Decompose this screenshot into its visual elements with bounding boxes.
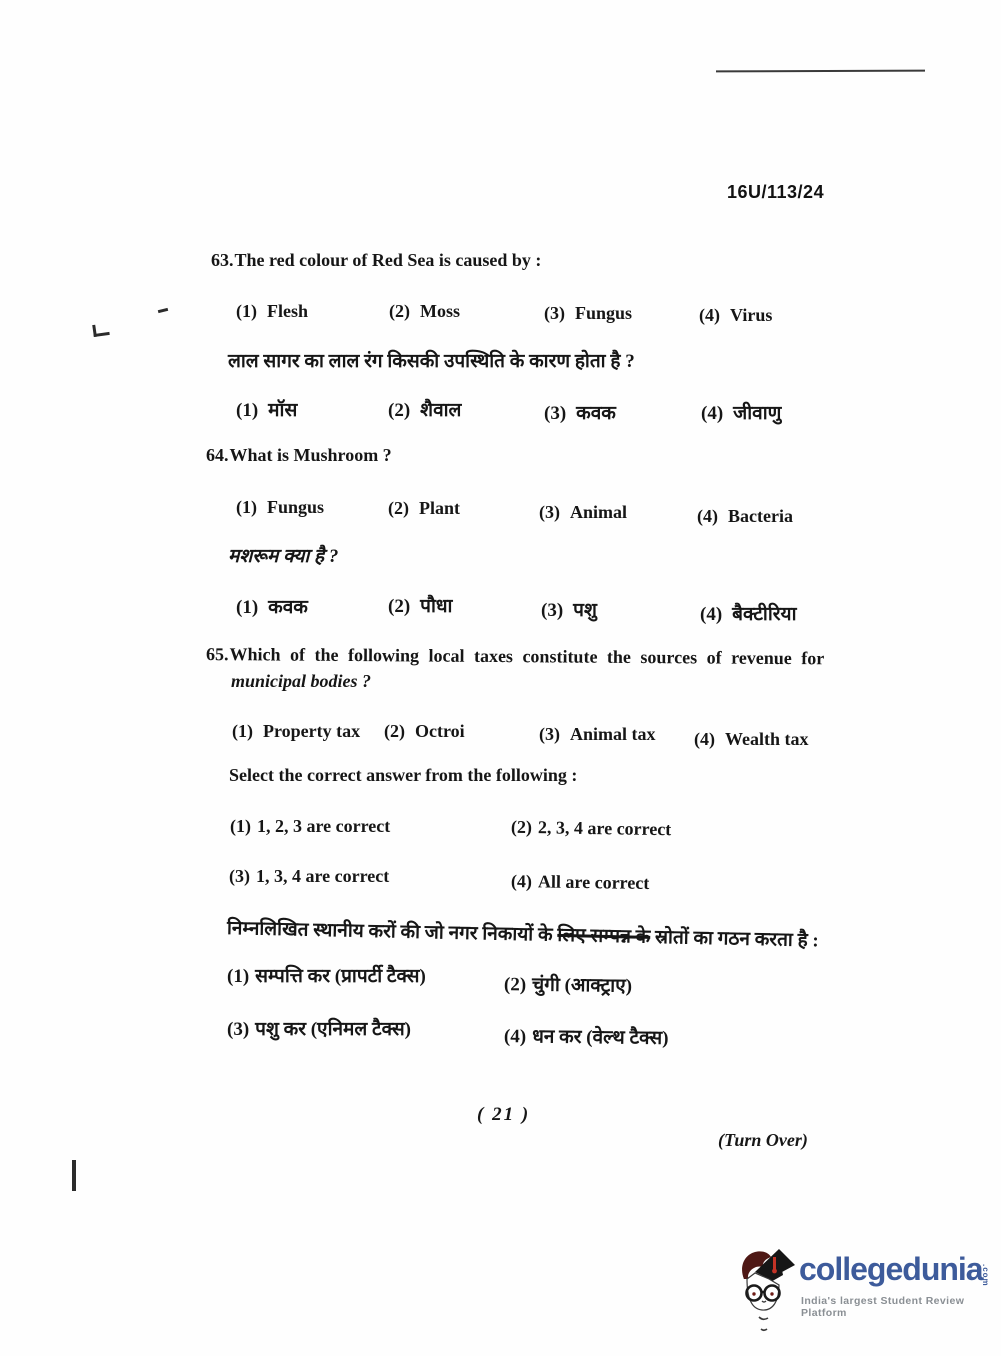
option-label: सम्पत्ति कर (प्रापर्टी टैक्स)	[255, 962, 426, 988]
question-number: 65.	[206, 644, 229, 664]
option-number: (3)	[544, 303, 565, 324]
option-label: Animal tax	[570, 724, 656, 745]
q65-option-2-en: (2)Octroi	[384, 721, 465, 742]
option-label: Virus	[730, 305, 772, 326]
q64-option-3-en: (3)Animal	[539, 502, 627, 523]
q64-option-2-hi: (2)पौधा	[388, 592, 452, 618]
option-number: (1)	[236, 597, 258, 619]
option-number: (2)	[389, 301, 410, 322]
q65-answer-1: (1)1, 2, 3 are correct	[230, 816, 390, 837]
option-label: Animal	[570, 502, 627, 523]
option-number: (3)	[539, 502, 560, 523]
mascot-icon	[735, 1245, 797, 1337]
question-65: 65.Which of the following local taxes co…	[206, 644, 824, 669]
option-number: (2)	[511, 817, 532, 838]
scan-mark	[158, 308, 168, 313]
q65-option-4-hi: (4)धन कर (वेल्थ टैक्स)	[504, 1022, 669, 1050]
brand-name: collegedunia	[799, 1251, 983, 1288]
q65-option-2-hi: (2)चुंगी (आक्ट्राए)	[504, 970, 632, 998]
option-label: कवक	[576, 399, 616, 425]
option-label: Property tax	[263, 721, 360, 742]
q65-answer-2: (2)2, 3, 4 are correct	[511, 817, 672, 841]
option-number: (4)	[511, 871, 532, 892]
option-label: 1, 2, 3 are correct	[257, 816, 390, 837]
option-label: पशु	[573, 596, 597, 622]
option-number: (4)	[697, 506, 718, 527]
question-63: 63.The red colour of Red Sea is caused b…	[211, 250, 541, 271]
option-label: 1, 3, 4 are correct	[256, 866, 389, 887]
top-rule	[716, 70, 925, 73]
option-number: (2)	[384, 721, 405, 742]
q63-option-2-hi: (2)शैवाल	[388, 396, 461, 422]
q63-option-3-hi: (3)कवक	[544, 399, 616, 425]
option-label: Plant	[419, 498, 460, 519]
option-label: शैवाल	[420, 396, 461, 422]
option-number: (3)	[227, 1019, 249, 1041]
option-number: (1)	[232, 721, 253, 742]
scan-mark	[92, 323, 110, 337]
question-text-en-line1: Which of the following local taxes const…	[229, 644, 824, 668]
brand-tagline: India's largest Student Review Platform	[801, 1295, 1001, 1319]
option-label: Fungus	[267, 497, 324, 518]
option-number: (1)	[230, 816, 251, 837]
select-prompt: Select the correct answer from the follo…	[229, 765, 577, 786]
option-label: चुंगी (आक्ट्राए)	[532, 971, 632, 998]
scan-mark	[72, 1160, 76, 1191]
option-label: All are correct	[538, 871, 650, 894]
q65-option-1-en: (1)Property tax	[232, 721, 360, 742]
option-label: जीवाणु	[733, 399, 781, 425]
q63-option-4-en: (4)Virus	[699, 305, 772, 326]
option-label: Fungus	[575, 303, 632, 324]
option-label: Moss	[420, 301, 460, 322]
q63-option-1-en: (1)Flesh	[236, 301, 308, 322]
question-number: 64.	[206, 445, 229, 465]
q63-option-1-hi: (1)मॉस	[236, 396, 297, 422]
question-65-hi: निम्नलिखित स्थानीय करों की जो नगर निकायो…	[227, 914, 819, 952]
option-label: कवक	[268, 593, 308, 619]
question-number: 63.	[211, 250, 234, 270]
question-63-hi: लाल सागर का लाल रंग किसकी उपस्थिति के का…	[228, 347, 635, 373]
option-number: (4)	[700, 604, 722, 626]
q65-answer-3: (3)1, 3, 4 are correct	[229, 866, 389, 887]
brand-tld: .com	[981, 1264, 990, 1287]
option-label: धन कर (वेल्थ टैक्स)	[532, 1022, 669, 1050]
turn-over-note: (Turn Over)	[718, 1130, 808, 1151]
q65-answer-4: (4)All are correct	[511, 871, 650, 894]
option-number: (3)	[229, 866, 250, 887]
q64-option-1-en: (1)Fungus	[236, 497, 324, 518]
q64-option-4-hi: (4)बैक्टीरिया	[700, 600, 797, 626]
option-number: (2)	[388, 400, 410, 422]
question-64-hi: मशरूम क्या है ?	[228, 542, 338, 568]
q64-option-1-hi: (1)कवक	[236, 593, 308, 619]
option-number: (1)	[227, 966, 249, 988]
option-number: (3)	[541, 600, 563, 622]
option-number: (1)	[236, 301, 257, 322]
question-hi-suffix: स्रोतों का गठन करता है :	[650, 927, 819, 952]
q65-option-1-hi: (1)सम्पत्ति कर (प्रापर्टी टैक्स)	[227, 962, 426, 988]
scanned-exam-page: 16U/113/24 63.The red colour of Red Sea …	[0, 0, 1001, 1356]
option-label: 2, 3, 4 are correct	[538, 817, 672, 840]
option-number: (3)	[544, 403, 566, 425]
option-number: (2)	[504, 974, 526, 996]
q65-option-3-en: (3)Animal tax	[539, 724, 656, 745]
option-label: Octroi	[415, 721, 465, 742]
question-65-line2: municipal bodies ?	[231, 671, 371, 692]
option-label: मॉस	[268, 396, 297, 422]
q63-option-4-hi: (4)जीवाणु	[701, 399, 781, 425]
option-number: (4)	[701, 403, 723, 425]
question-text-en: The red colour of Red Sea is caused by :	[235, 250, 542, 270]
option-label: पशु कर (एनिमल टैक्स)	[255, 1015, 411, 1041]
option-number: (4)	[694, 729, 715, 750]
option-number: (4)	[699, 305, 720, 326]
question-text-en: What is Mushroom ?	[230, 445, 392, 465]
q63-option-2-en: (2)Moss	[389, 301, 460, 322]
option-label: Wealth tax	[725, 729, 809, 750]
collegedunia-logo: collegedunia .com India's largest Studen…	[735, 1243, 1001, 1343]
q64-option-4-en: (4)Bacteria	[697, 506, 793, 527]
option-number: (3)	[539, 724, 560, 745]
option-label: पौधा	[420, 592, 452, 618]
q64-option-2-en: (2)Plant	[388, 498, 460, 519]
option-label: Bacteria	[728, 506, 793, 527]
question-64: 64.What is Mushroom ?	[206, 445, 392, 466]
option-label: बैक्टीरिया	[732, 600, 796, 626]
option-label: Flesh	[267, 301, 308, 322]
option-number: (2)	[388, 498, 409, 519]
q65-option-3-hi: (3)पशु कर (एनिमल टैक्स)	[227, 1015, 411, 1041]
q65-option-4-en: (4)Wealth tax	[694, 729, 809, 750]
question-hi-struck: लिए सम्पन्न के	[557, 925, 650, 948]
option-number: (1)	[236, 400, 258, 422]
question-hi-prefix: निम्नलिखित स्थानीय करों की जो नगर निकायो…	[227, 918, 558, 946]
option-number: (1)	[236, 497, 257, 518]
q63-option-3-en: (3)Fungus	[544, 303, 632, 324]
q64-option-3-hi: (3)पशु	[541, 596, 597, 622]
page-number: ( 21 )	[477, 1104, 530, 1126]
paper-code: 16U/113/24	[727, 182, 824, 203]
option-number: (2)	[388, 596, 410, 618]
option-number: (4)	[504, 1026, 526, 1048]
